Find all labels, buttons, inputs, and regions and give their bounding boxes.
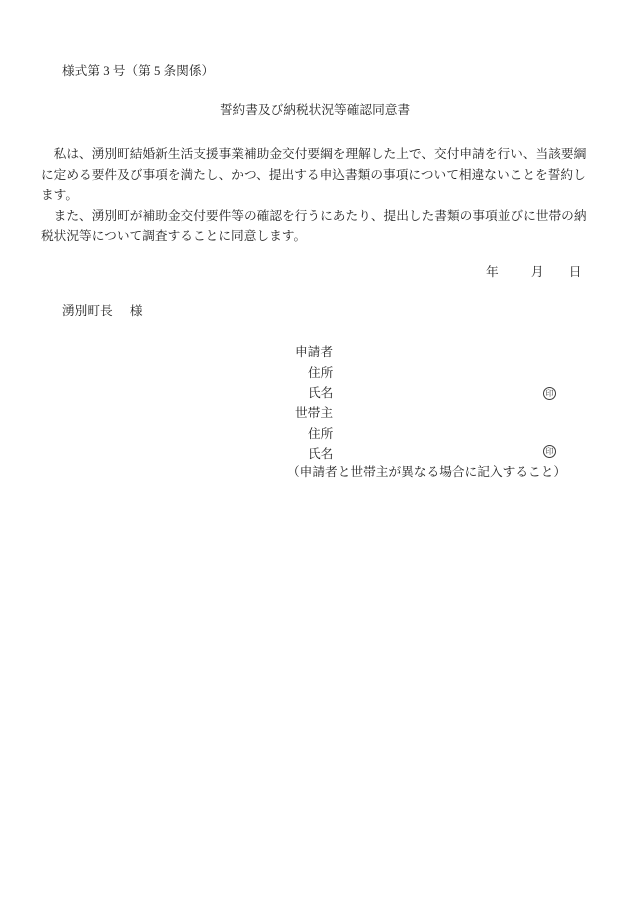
household-head-section-label: 世帯主 (295, 407, 333, 420)
date-month-label: 月 (531, 266, 544, 279)
date-line: 年 月 日 (486, 266, 581, 279)
addressee-name: 湧別町長 (62, 304, 113, 318)
signature-note: （申請者と世帯主が異なる場合に記入すること） (287, 466, 566, 479)
body-line-1: 私は、湧別町結婚新生活支援事業補助金交付要綱を理解した上で、交付申請を行い、当該… (41, 144, 587, 165)
body-paragraphs: 私は、湧別町結婚新生活支援事業補助金交付要綱を理解した上で、交付申請を行い、当該… (41, 144, 587, 247)
addressee-honorific: 様 (130, 305, 143, 318)
form-number: 様式第 3 号（第 5 条関係） (62, 65, 214, 78)
document-page: 様式第 3 号（第 5 条関係） 誓約書及び納税状況等確認同意書 私は、湧別町結… (0, 0, 630, 903)
addressee-line: 湧別町長 様 (62, 305, 143, 318)
applicant-section-label: 申請者 (295, 346, 333, 359)
body-line-2: に定める要件及び事項を満たし、かつ、提出する申込書類の事項について相違ないことを… (41, 165, 587, 186)
body-line-3: ます。 (41, 185, 587, 206)
body-line-4: また、湧別町が補助金交付要件等の確認を行うにあたり、提出した書類の事項並びに世帯… (41, 206, 587, 227)
applicant-address-label: 住所 (308, 367, 333, 380)
household-address-label: 住所 (308, 428, 333, 441)
document-title: 誓約書及び納税状況等確認同意書 (0, 104, 630, 117)
date-year-label: 年 (486, 265, 499, 279)
applicant-name-label: 氏名 (308, 387, 333, 400)
household-seal-icon: 印 (543, 445, 556, 458)
body-line-5: 税状況等について調査することに同意します。 (41, 226, 587, 247)
applicant-seal-icon: 印 (543, 387, 556, 400)
household-name-label: 氏名 (308, 448, 333, 461)
date-day-label: 日 (569, 266, 582, 279)
